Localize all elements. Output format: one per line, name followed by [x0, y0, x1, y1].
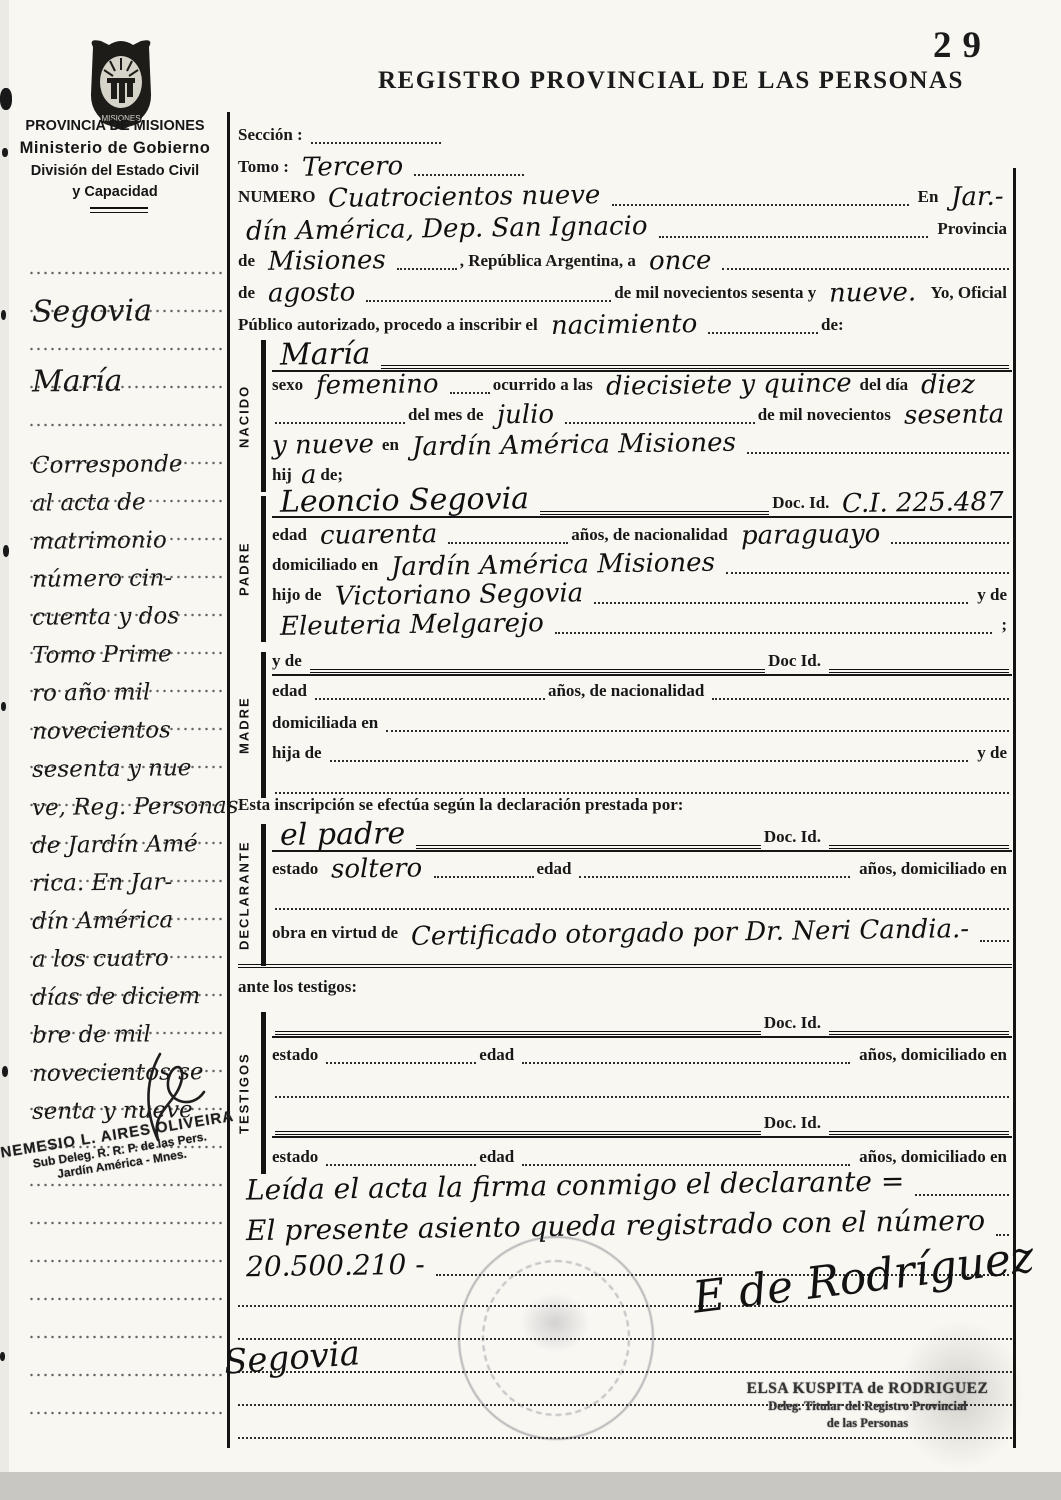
margin-note: al acta de: [32, 489, 146, 516]
de-colon-label: de:: [821, 315, 849, 338]
padre-domicilio-blank: [726, 572, 1009, 574]
mes-value: agosto: [260, 279, 364, 306]
field-padre-abuela: Eleuteria Melgarejo ;: [272, 608, 1012, 638]
section-label-declarante: DECLARANTE: [231, 824, 257, 966]
field-mes-anio: del mes de julio de mil novecientos sese…: [272, 398, 1012, 428]
acto-blank: [708, 332, 818, 334]
section-label-madre: MADRE: [231, 652, 257, 798]
anio-value-2: y nueve: [272, 431, 382, 459]
doc-id-label: Doc. Id.: [772, 493, 834, 516]
margin-note: ro año mil: [32, 679, 151, 706]
mes-label: del mes de: [408, 405, 489, 428]
margin-note: Corresponde: [32, 451, 183, 479]
field-testigo1-estado: estado edad años, domiciliado en: [272, 1038, 1012, 1068]
margin-note: ve, Reg. Personas: [32, 793, 239, 821]
section-separator: [238, 964, 1012, 968]
edad-label: edad: [537, 859, 577, 882]
field-provincia: de Misiones , República Argentina, a onc…: [238, 244, 1012, 274]
field-padre-domicilio: domiciliado en Jardín América Misiones: [272, 548, 1012, 578]
y-de-label: y de: [971, 585, 1012, 608]
obra-label: obra en virtud de: [272, 923, 403, 946]
field-lugar: dín América, Dep. San Ignacio Provincia: [238, 212, 1012, 242]
padre-domicilio-value: Jardín América Misiones: [383, 550, 723, 581]
padre-nacionalidad-value: paraguayo: [732, 521, 888, 549]
margin-note: número cin-: [32, 565, 172, 592]
tomo-value: Tercero: [294, 153, 412, 181]
declarant-signature: Segovia: [223, 1333, 361, 1382]
field-seccion: Sección :: [238, 118, 1012, 148]
hora-value: diecisiete y quince: [598, 370, 860, 400]
section-bar-testigos: [261, 1012, 266, 1174]
org-line: y Capacidad: [8, 182, 222, 203]
field-numero: NUMERO Cuatrocientos nueve En Jar.-: [238, 180, 1012, 210]
scan-speck: [3, 545, 9, 557]
field-declarante-nombre: el padre Doc. Id.: [272, 816, 1012, 852]
testigos-intro-label: ante los testigos:: [238, 977, 362, 1000]
field-padre-abuelo: hijo de Victoriano Segovia y de: [272, 578, 1012, 608]
stamp-official-name: ELSA KUSPITA de RODRIGUEZ: [735, 1380, 1000, 1398]
domicilio-label: domiciliado en: [272, 555, 383, 578]
scan-edge-shadow: [0, 0, 9, 1472]
field-madre-edad: edad años, de nacionalidad: [272, 674, 1012, 704]
field-fecha: de agosto de mil novecientos sesenta y n…: [238, 276, 1012, 306]
section-label-padre: PADRE: [231, 496, 257, 642]
nacionalidad-label: años, de nacionalidad: [571, 525, 732, 548]
field-madre-abuelo: hija de y de: [272, 736, 1012, 766]
org-line: Ministerio de Gobierno: [8, 137, 222, 161]
scan-speck: [0, 1352, 5, 1361]
field-obra-en-virtud: obra en virtud de Certificado otorgado p…: [272, 912, 1012, 946]
en-label: En: [912, 187, 944, 210]
margin-note: Tomo Prime: [32, 641, 172, 668]
testigo1-edad-blank: [522, 1062, 850, 1064]
margin-note: de Jardín Amé: [32, 831, 198, 859]
sexo-blank: [450, 392, 490, 394]
y-de-label: y de: [971, 743, 1012, 766]
padre-edad-value: cuarenta: [312, 521, 446, 549]
madre-nombre-blank: [310, 669, 765, 673]
padre-nacionalidad-blank: [891, 542, 1009, 544]
field-cierre-1: Leída el acta la firma conmigo el declar…: [238, 1166, 1012, 1200]
field-declarante-domicilio: [272, 884, 1012, 914]
de-label: de: [238, 251, 260, 274]
margin-surname: Segovia: [32, 293, 152, 329]
y-de-label: y de: [272, 651, 307, 674]
field-testigo2-nombre: Doc. Id.: [272, 1102, 1012, 1138]
nacido-nombre-value: María: [272, 339, 379, 370]
anio-label: de mil novecientos sesenta y: [614, 283, 821, 306]
declaracion-intro-label: Esta inscripción se efectúa según la dec…: [238, 795, 688, 818]
field-declaracion-intro: Esta inscripción se efectúa según la dec…: [238, 788, 1012, 818]
hijo-de-label: hijo de: [272, 585, 327, 608]
testigo1-doc-id-blank: [829, 1031, 1009, 1035]
section-label-testigos: TESTIGOS: [231, 1012, 257, 1174]
fin-label: ;: [995, 615, 1012, 638]
section-bar-madre: [261, 652, 266, 798]
margin-note: dín América: [32, 907, 173, 934]
stamp-official-title-2: de las Personas: [735, 1415, 1000, 1432]
field-lugar-nacimiento: y nueve en Jardín América Misiones: [272, 428, 1012, 458]
page-number: 29: [933, 24, 992, 67]
section-bar-declarante: [261, 824, 266, 966]
margin-note: días de diciem: [32, 983, 201, 1011]
testigo1-estado-blank: [326, 1062, 476, 1064]
obra-blank: [980, 940, 1009, 942]
page-title: REGISTRO PROVINCIAL DE LAS PERSONAS: [378, 67, 964, 95]
madre-domicilio-blank: [386, 730, 1009, 732]
edad-label: edad: [272, 525, 312, 548]
numero-label: NUMERO: [238, 187, 320, 210]
edad-label: edad: [479, 1045, 519, 1068]
mes-blank: [275, 422, 405, 424]
numero-blank: [612, 204, 909, 206]
declarante-value: el padre: [272, 819, 414, 851]
madre-edad-blank: [315, 698, 545, 700]
field-madre-nombre: y de Doc Id.: [272, 640, 1012, 676]
issuing-office-block: PROVINCIA DE MISIONES Ministerio de Gobi…: [8, 116, 222, 203]
abuela-blank: [555, 632, 993, 634]
lugar-value-1: Jar.-: [943, 184, 1012, 211]
anos-dom-label: años, domiciliado en: [853, 1045, 1012, 1068]
form-left-rule: [227, 112, 230, 1448]
field-testigos-intro: ante los testigos:: [238, 970, 1012, 1000]
lugar-blank: [747, 452, 1009, 454]
estado-blank: [434, 876, 534, 878]
publico-label: Público autorizado, procedo a inscribir …: [238, 315, 543, 338]
margin-given-name: María: [32, 364, 123, 400]
seccion-blank: [311, 142, 441, 144]
domicilio-label: domiciliada en: [272, 713, 383, 736]
mes-value: julio: [488, 401, 561, 428]
field-padre-edad: edad cuarenta años, de nacionalidad para…: [272, 518, 1012, 548]
madre-doc-id-blank: [829, 669, 1009, 673]
field-sexo-hora: sexo femenino ocurrido a las diecisiete …: [272, 368, 1012, 398]
ocurrido-label: ocurrido a las: [493, 375, 598, 398]
org-line: PROVINCIA DE MISIONES: [8, 116, 222, 137]
anio-value: nueve.: [821, 279, 925, 306]
en-label: en: [382, 435, 404, 458]
scan-speck: [1, 310, 6, 320]
provincia-label: Provincia: [931, 219, 1012, 242]
testigo2-nombre-blank: [275, 1131, 761, 1135]
field-madre-domicilio: domiciliada en: [272, 706, 1012, 736]
ruled-line: [238, 1437, 1012, 1439]
birth-certificate-scan: MISIONES REGISTRO PROVINCIAL DE LAS PERS…: [0, 0, 1061, 1500]
margin-note: sesenta y nue: [32, 755, 192, 783]
cierre-blank-1: [915, 1194, 1009, 1196]
anio-value-1: sesenta: [896, 401, 1013, 429]
abuelo-blank: [594, 602, 968, 604]
padre-edad-blank: [448, 542, 568, 544]
scan-bottom-edge: [0, 1472, 1061, 1500]
anos-dom-label: años, domiciliado en: [853, 859, 1012, 882]
org-divider: [90, 207, 148, 213]
field-tomo: Tomo : Tercero: [238, 150, 1012, 180]
sexo-label: sexo: [272, 375, 308, 398]
field-declarante-estado: estado soltero edad años, domiciliado en: [272, 852, 1012, 882]
testigo1-nombre-blank: [275, 1031, 761, 1035]
scan-speck: [2, 1066, 8, 1077]
dia-blank: [722, 268, 1009, 270]
numero-value: Cuatrocientos nueve: [320, 182, 609, 212]
sexo-value: femenino: [308, 371, 447, 399]
field-acto: Público autorizado, procedo a inscribir …: [238, 308, 1012, 338]
field-nacido-nombre: María: [272, 336, 1012, 372]
padre-nombre-blank: [540, 511, 769, 515]
lugar-value: Jardín América Misiones: [404, 430, 744, 461]
scan-speck: [0, 88, 12, 110]
margin-note: matrimonio: [32, 527, 167, 554]
section-bar-nacido: [261, 340, 266, 492]
scan-speck: [1, 702, 6, 711]
field-padre-nombre: Leoncio Segovia Doc. Id. C.I. 225.487: [272, 482, 1012, 518]
declarante-edad-blank: [579, 876, 850, 878]
obra-value: Certificado otorgado por Dr. Neri Candia…: [403, 916, 977, 950]
field-testigo1-nombre: Doc. Id.: [272, 1002, 1012, 1038]
org-line: División del Estado Civil: [8, 161, 222, 182]
official-name-stamp: ELSA KUSPITA de RODRIGUEZ Deleg. Titular…: [735, 1380, 1000, 1432]
mes-blank: [366, 300, 611, 302]
doc-id-label: Doc Id.: [768, 651, 826, 674]
margin-note: a los cuatro: [32, 945, 169, 972]
madre-abuelo-blank: [330, 760, 969, 762]
dia-label: del día: [860, 375, 914, 398]
lugar-blank: [659, 236, 929, 238]
abuela-value: Eleuteria Melgarejo: [272, 610, 552, 640]
field-testigo1-domicilio: [272, 1072, 1012, 1102]
edad-label: edad: [272, 681, 312, 704]
tomo-blank: [414, 174, 524, 176]
seccion-label: Sección :: [238, 125, 308, 148]
estado-value: soltero: [323, 855, 431, 882]
madre-nacionalidad-blank: [712, 698, 1009, 700]
section-label-nacido: NACIDO: [231, 340, 257, 492]
estado-label: estado: [272, 1045, 323, 1068]
testigo2-doc-id-blank: [829, 1131, 1009, 1135]
acto-value: nacimiento: [543, 311, 706, 339]
section-bar-padre: [261, 496, 266, 642]
margin-note: cuenta y dos: [32, 603, 179, 631]
declarante-doc-id-blank: [829, 845, 1009, 849]
provincia-blank: [397, 268, 457, 270]
field-cierre-2: El presente asiento queda registrado con…: [238, 1206, 1012, 1240]
margin-note: bre de mil: [32, 1021, 151, 1048]
estado-label: estado: [272, 859, 323, 882]
hija-de-label: hija de: [272, 743, 327, 766]
dia-value: once: [641, 247, 720, 274]
cierre-linea1: Leída el acta la firma conmigo el declar…: [238, 1167, 913, 1204]
abuelo-value: Victoriano Segovia: [326, 580, 591, 610]
registro-numero-value: 20.500.210 -: [238, 1251, 433, 1282]
anio-label: de mil novecientos: [758, 405, 896, 428]
doc-id-label: Doc. Id.: [764, 827, 826, 850]
republica-label: , República Argentina, a: [460, 251, 641, 274]
padre-doc-id-value: C.I. 225.487: [834, 489, 1012, 517]
lugar-value-2: dín América, Dep. San Ignacio: [238, 213, 656, 245]
de-label: de: [238, 283, 260, 306]
registry-round-stamp: [458, 1236, 654, 1440]
cierre-linea2: El presente asiento queda registrado con…: [238, 1207, 993, 1246]
provincia-value: Misiones: [260, 247, 394, 275]
declarante-nombre-blank: [416, 845, 761, 849]
dia-value: diez: [913, 372, 983, 399]
margin-note: rica. En Jar-: [32, 869, 172, 896]
tomo-label: Tomo :: [238, 157, 294, 180]
nacionalidad-label: años, de nacionalidad: [548, 681, 709, 704]
yo-oficial-label: Yo, Oficial: [925, 283, 1013, 306]
testigo1-domicilio-blank: [275, 1096, 1009, 1098]
mes-blank-2: [565, 422, 755, 424]
stamp-official-title: Deleg. Titular del Registro Provincial: [735, 1398, 1000, 1415]
doc-id-label: Doc. Id.: [764, 1113, 826, 1136]
margin-note: novecientos: [32, 717, 171, 744]
doc-id-label: Doc. Id.: [764, 1013, 826, 1036]
declarante-domicilio-blank: [275, 908, 1009, 910]
padre-nombre-value: Leoncio Segovia: [272, 484, 537, 518]
